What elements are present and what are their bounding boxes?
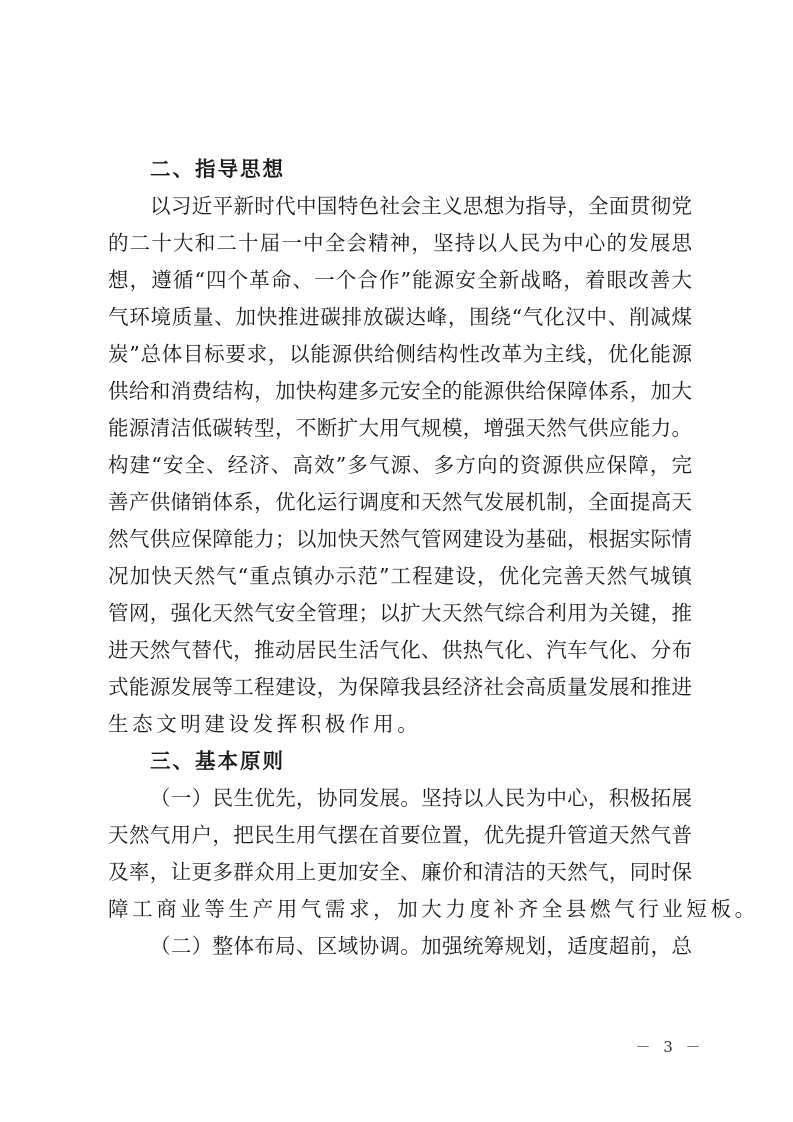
- section-heading-basic-principles: 三、基本原则: [108, 743, 692, 780]
- paragraph-line: 构建“安全、经济、高效”多气源、多方向的资源供应保障，完: [108, 447, 692, 484]
- paragraph-line: 的二十大和二十届一中全会精神，坚持以人民为中心的发展思: [108, 225, 692, 262]
- page-number: － 3 －: [630, 1036, 710, 1057]
- paragraph-line: 善产供储销体系，优化运行调度和天然气发展机制，全面提高天: [108, 484, 692, 521]
- paragraph-line: 进天然气替代，推动居民生活气化、供热气化、汽车气化、分布: [108, 632, 692, 669]
- paragraph-line: 及率，让更多群众用上更加安全、廉价和清洁的天然气，同时保: [108, 854, 692, 891]
- paragraph-line: 障工商业等生产用气需求，加大力度补齐全县燃气行业短板。: [108, 891, 692, 928]
- section-heading-guiding-ideology: 二、指导思想: [108, 151, 692, 188]
- document-body: 二、指导思想 以习近平新时代中国特色社会主义思想为指导，全面贯彻党 的二十大和二…: [108, 151, 692, 965]
- paragraph-line: 气环境质量、加快推进碳排放碳达峰，围绕“气化汉中、削减煤: [108, 299, 692, 336]
- paragraph-line: （二）整体布局、区域协调。加强统筹规划，适度超前，总: [108, 928, 692, 965]
- paragraph-line: 式能源发展等工程建设，为保障我县经济社会高质量发展和推进: [108, 669, 692, 706]
- paragraph-guiding-ideology: 以习近平新时代中国特色社会主义思想为指导，全面贯彻党 的二十大和二十届一中全会精…: [108, 188, 692, 743]
- paragraph-line: 然气供应保障能力；以加快天然气管网建设为基础，根据实际情: [108, 521, 692, 558]
- paragraph-line: 天然气用户，把民生用气摆在首要位置，优先提升管道天然气普: [108, 817, 692, 854]
- paragraph-principle-2: （二）整体布局、区域协调。加强统筹规划，适度超前，总: [108, 928, 692, 965]
- paragraph-principle-1: （一）民生优先，协同发展。坚持以人民为中心，积极拓展 天然气用户，把民生用气摆在…: [108, 780, 692, 928]
- paragraph-line: （一）民生优先，协同发展。坚持以人民为中心，积极拓展: [108, 780, 692, 817]
- paragraph-line: 管网，强化天然气安全管理；以扩大天然气综合利用为关键，推: [108, 595, 692, 632]
- paragraph-line: 生态文明建设发挥积极作用。: [108, 706, 692, 743]
- paragraph-line: 能源清洁低碳转型，不断扩大用气规模，增强天然气供应能力。: [108, 410, 692, 447]
- paragraph-line: 炭”总体目标要求，以能源供给侧结构性改革为主线，优化能源: [108, 336, 692, 373]
- paragraph-line: 以习近平新时代中国特色社会主义思想为指导，全面贯彻党: [108, 188, 692, 225]
- paragraph-line: 想，遵循“四个革命、一个合作”能源安全新战略，着眼改善大: [108, 262, 692, 299]
- document-page: 二、指导思想 以习近平新时代中国特色社会主义思想为指导，全面贯彻党 的二十大和二…: [0, 0, 793, 1122]
- paragraph-line: 况加快天然气“重点镇办示范”工程建设，优化完善天然气城镇: [108, 558, 692, 595]
- paragraph-line: 供给和消费结构，加快构建多元安全的能源供给保障体系，加大: [108, 373, 692, 410]
